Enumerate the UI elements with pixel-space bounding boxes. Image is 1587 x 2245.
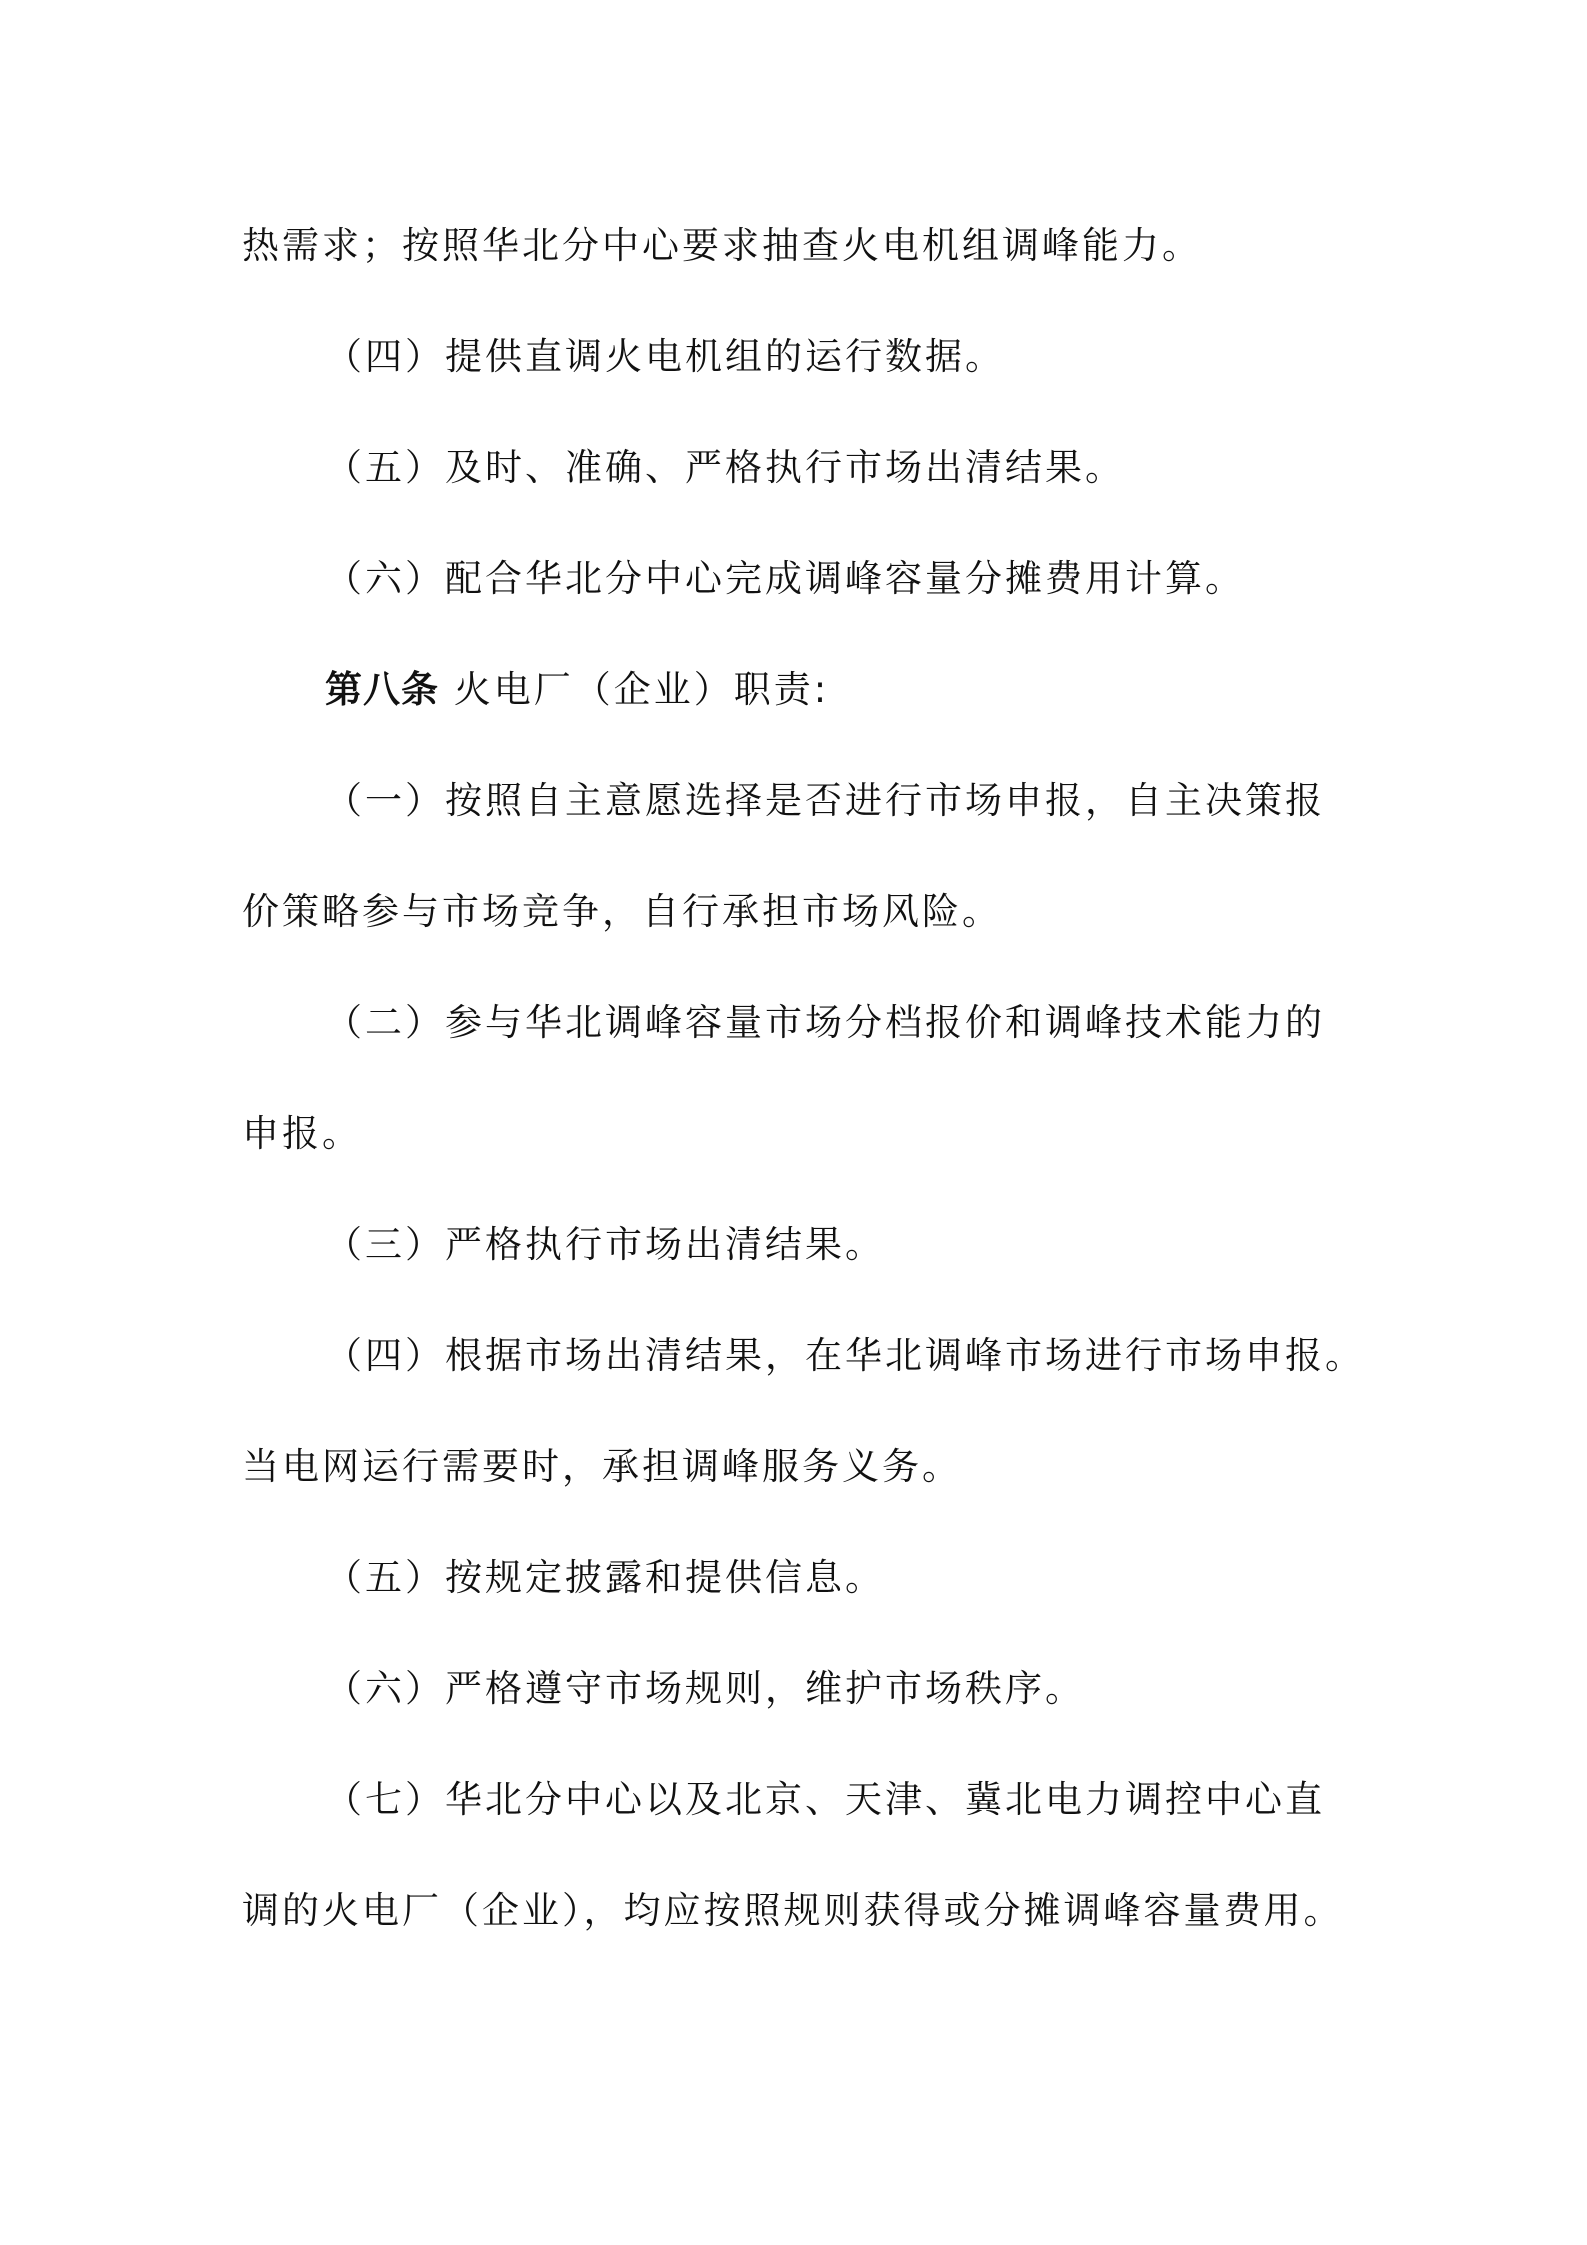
article-heading-8: 第八条 火电厂（企业）职责: — [325, 666, 1435, 714]
list-item: （二）参与华北调峰容量市场分档报价和调峰技术能力的 — [325, 999, 1435, 1047]
list-item: （三）严格执行市场出清结果。 — [325, 1221, 1435, 1269]
list-item: （五）按规定披露和提供信息。 — [325, 1554, 1435, 1602]
list-item: （五）及时、准确、严格执行市场出清结果。 — [325, 444, 1435, 492]
article-title: 火电厂（企业）职责: — [439, 668, 829, 711]
list-item: （六）严格遵守市场规则，维护市场秩序。 — [325, 1665, 1435, 1713]
list-item: （六）配合华北分中心完成调峰容量分摊费用计算。 — [325, 555, 1435, 603]
paragraph-line: 热需求；按照华北分中心要求抽查火电机组调峰能力。 — [242, 222, 1352, 270]
paragraph-line: 申报。 — [242, 1110, 1352, 1158]
list-item: （四）根据市场出清结果，在华北调峰市场进行市场申报。 — [325, 1332, 1435, 1380]
paragraph-line: 当电网运行需要时，承担调峰服务义务。 — [242, 1443, 1352, 1491]
article-label: 第八条 — [325, 668, 439, 711]
paragraph-line: 调的火电厂（企业），均应按照规则获得或分摊调峰容量费用。 — [242, 1887, 1352, 1935]
list-item: （七）华北分中心以及北京、天津、冀北电力调控中心直 — [325, 1776, 1435, 1824]
list-item: （一）按照自主意愿选择是否进行市场申报，自主决策报 — [325, 777, 1435, 825]
list-item: （四）提供直调火电机组的运行数据。 — [325, 333, 1435, 381]
paragraph-line: 价策略参与市场竞争，自行承担市场风险。 — [242, 888, 1352, 936]
